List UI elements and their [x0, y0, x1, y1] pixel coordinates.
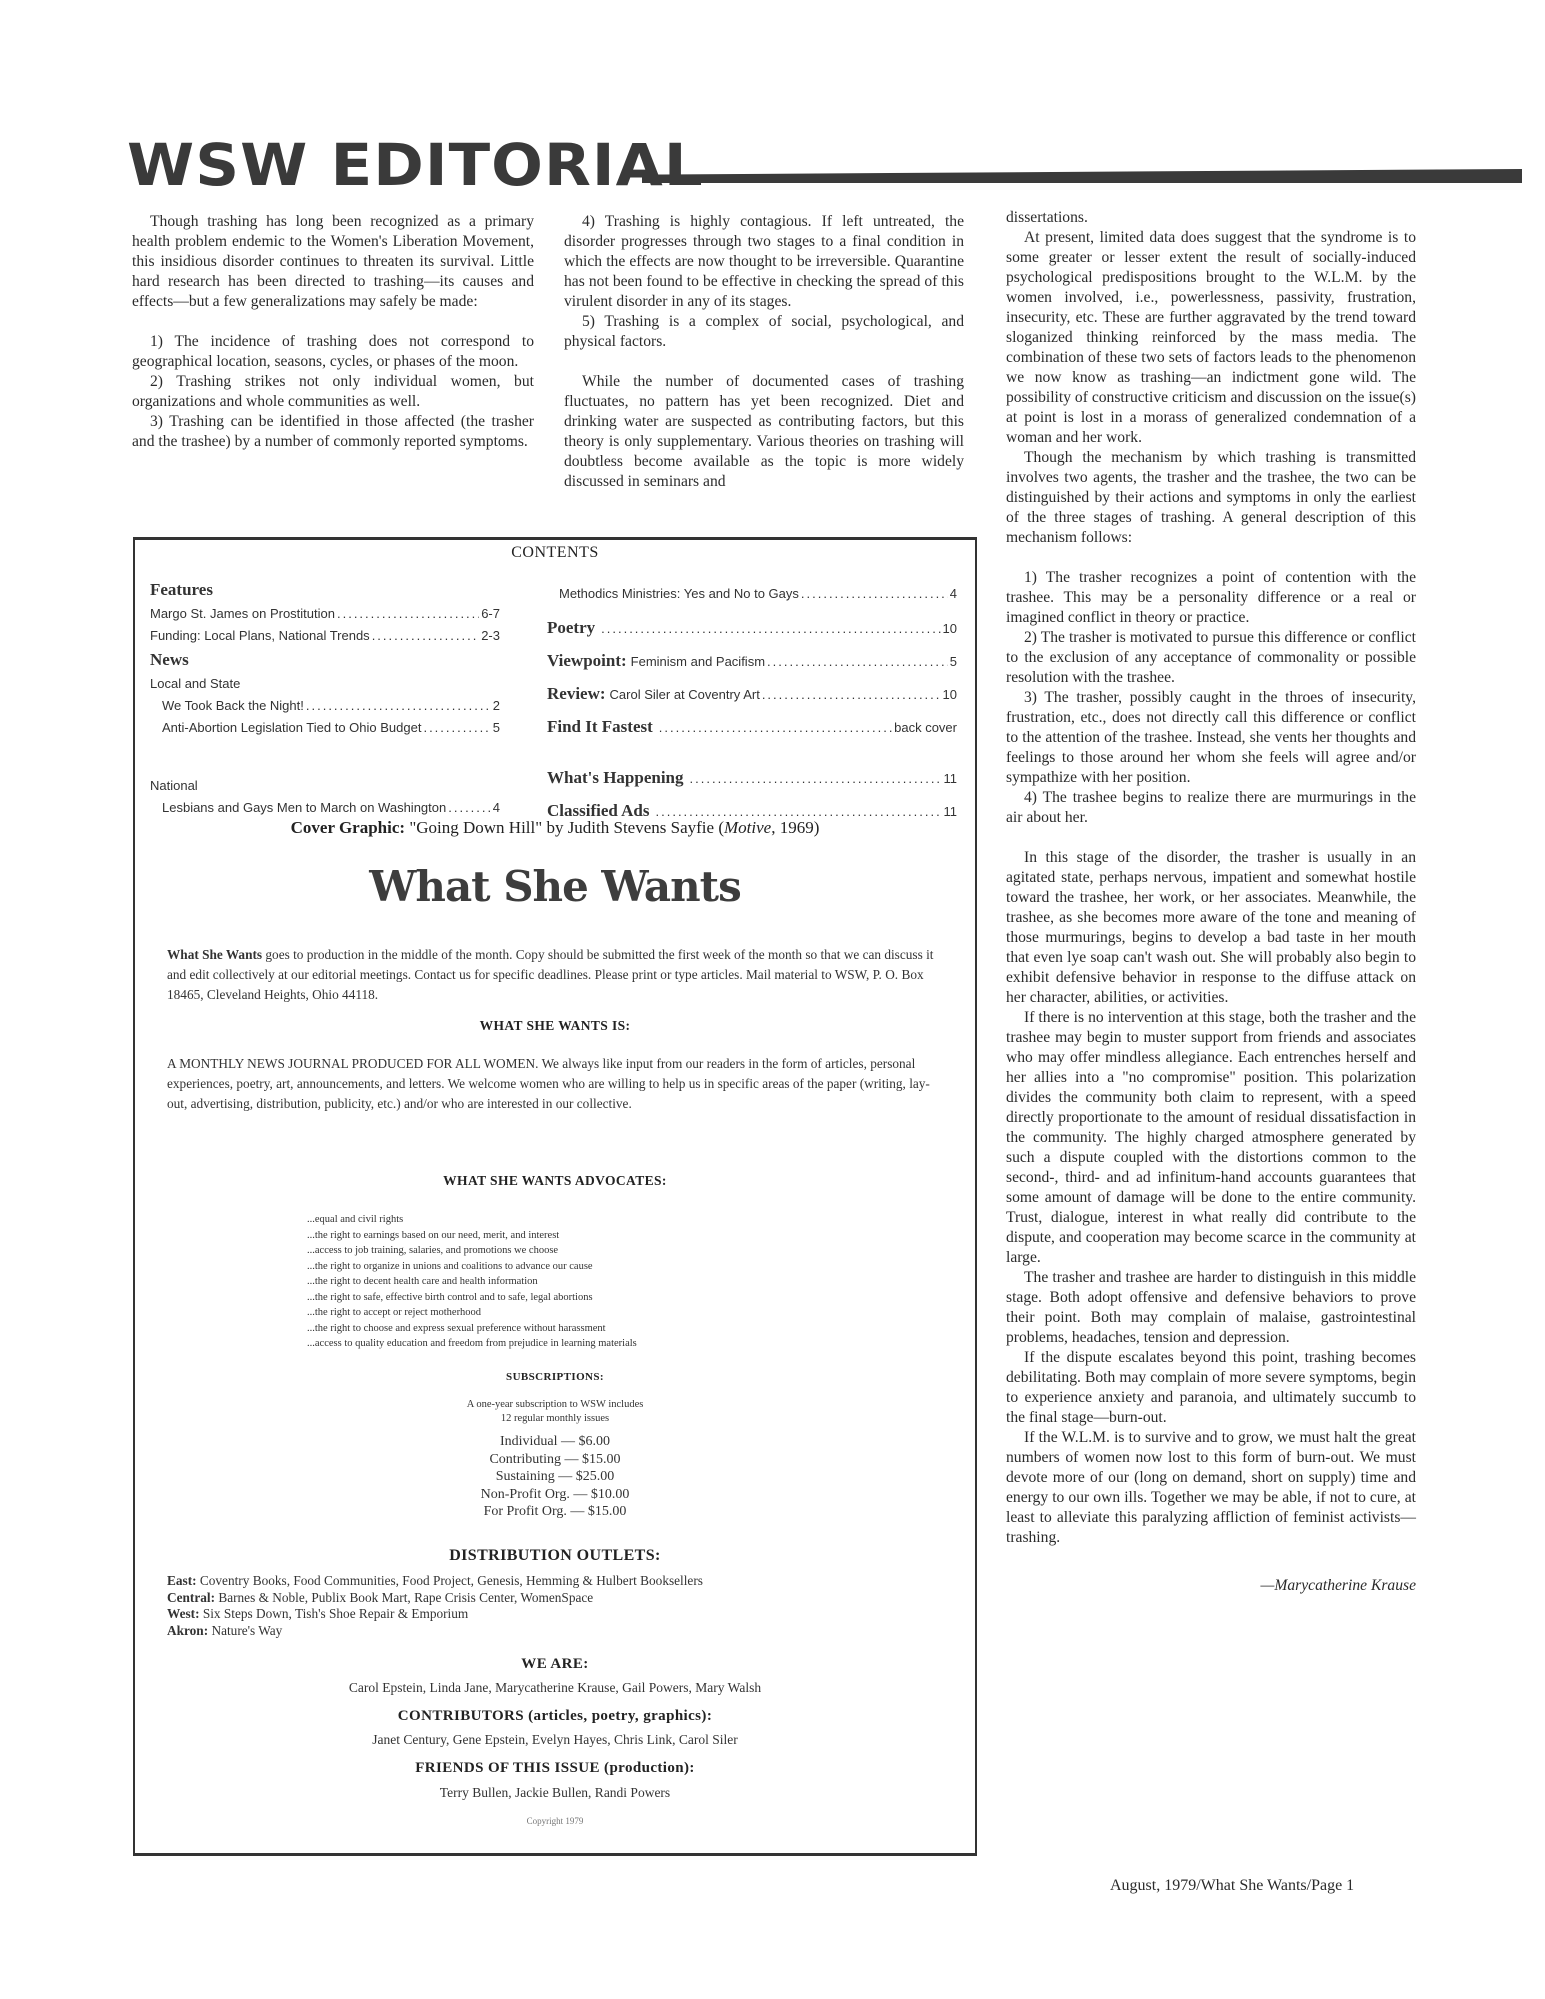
toc-left-column: Features Margo St. James on Prostitution…: [150, 577, 500, 819]
editorial-paragraph: 1) The incidence of trashing does not co…: [132, 332, 534, 372]
toc-entry-find-it-fastest[interactable]: Find It Fastestback cover: [547, 716, 957, 739]
advocates-item: ...access to job training, salaries, and…: [307, 1243, 637, 1259]
what-she-wants-is-heading: WHAT SHE WANTS IS:: [135, 1018, 975, 1034]
editorial-paragraph: 5) Trashing is a complex of social, psyc…: [564, 312, 964, 352]
advocates-list: ...equal and civil rights ...the right t…: [307, 1212, 637, 1352]
toc-entry[interactable]: Anti-Abortion Legislation Tied to Ohio B…: [150, 717, 500, 739]
advocates-heading: WHAT SHE WANTS ADVOCATES:: [135, 1173, 975, 1189]
toc-section-news: News: [150, 647, 500, 673]
editorial-paragraph: dissertations.: [1006, 208, 1416, 228]
rate-item: Individual — $6.00: [135, 1433, 975, 1451]
author-signature: —Marycatherine Krause: [1006, 1576, 1416, 1596]
toc-entry[interactable]: Funding: Local Plans, National Trends2-3: [150, 625, 500, 647]
toc-right-column: Methodics Ministries: Yes and No to Gays…: [547, 577, 957, 823]
advocates-item: ...the right to organize in unions and c…: [307, 1259, 637, 1275]
contents-box: CONTENTS Features Margo St. James on Pro…: [133, 537, 977, 1856]
editorial-paragraph: 2) The trasher is motivated to pursue th…: [1006, 628, 1416, 688]
masthead-title: WSW EDITORIAL: [127, 130, 704, 200]
subscription-rates: Individual — $6.00 Contributing — $15.00…: [135, 1433, 975, 1521]
editorial-paragraph: Though the mechanism by which trashing i…: [1006, 448, 1416, 548]
advocates-item: ...access to quality education and freed…: [307, 1336, 637, 1352]
advocates-item: ...the right to choose and express sexua…: [307, 1321, 637, 1337]
subscriptions-heading: SUBSCRIPTIONS:: [135, 1371, 975, 1383]
toc-entry[interactable]: Margo St. James on Prostitution6-7: [150, 603, 500, 625]
editorial-paragraph: 4) Trashing is highly contagious. If lef…: [564, 212, 964, 312]
contributors-names: Janet Century, Gene Epstein, Evelyn Haye…: [135, 1732, 975, 1748]
editorial-column-3: dissertations. At present, limited data …: [1006, 208, 1416, 1596]
editorial-paragraph: While the number of documented cases of …: [564, 372, 964, 492]
toc-entry[interactable]: Lesbians and Gays Men to March on Washin…: [150, 797, 500, 819]
publication-title: What She Wants: [135, 862, 975, 911]
we-are-names: Carol Epstein, Linda Jane, Marycatherine…: [135, 1680, 975, 1696]
distribution-row: Central: Barnes & Noble, Publix Book Mar…: [167, 1590, 703, 1607]
editorial-column-1: Though trashing has long been recognized…: [132, 212, 534, 452]
friends-heading: FRIENDS OF THIS ISSUE (production):: [135, 1760, 975, 1777]
editorial-paragraph: Though trashing has long been recognized…: [132, 212, 534, 312]
editorial-paragraph: 2) Trashing strikes not only individual …: [132, 372, 534, 412]
editorial-paragraph: If there is no intervention at this stag…: [1006, 1008, 1416, 1268]
rate-item: Non-Profit Org. — $10.00: [135, 1486, 975, 1504]
submission-info: What She Wants goes to production in the…: [167, 945, 947, 1005]
editorial-paragraph: At present, limited data does suggest th…: [1006, 228, 1416, 448]
masthead: WSW EDITORIAL: [127, 130, 1417, 200]
we-are-heading: WE ARE:: [135, 1656, 975, 1673]
toc-entry[interactable]: Methodics Ministries: Yes and No to Gays…: [547, 583, 957, 605]
rate-item: Contributing — $15.00: [135, 1451, 975, 1469]
editorial-paragraph: If the W.L.M. is to survive and to grow,…: [1006, 1428, 1416, 1548]
editorial-paragraph: If the dispute escalates beyond this poi…: [1006, 1348, 1416, 1428]
toc-entry-review[interactable]: Review:Carol Siler at Coventry Art10: [547, 683, 957, 706]
distribution-row: West: Six Steps Down, Tish's Shoe Repair…: [167, 1606, 703, 1623]
editorial-column-2: 4) Trashing is highly contagious. If lef…: [564, 212, 964, 492]
toc-entry[interactable]: We Took Back the Night!2: [150, 695, 500, 717]
cover-graphic-credit: Cover Graphic: "Going Down Hill" by Judi…: [135, 818, 975, 838]
advocates-item: ...the right to earnings based on our ne…: [307, 1228, 637, 1244]
advocates-item: ...the right to decent health care and h…: [307, 1274, 637, 1290]
masthead-rule: [642, 169, 1522, 183]
distribution-row: Akron: Nature's Way: [167, 1623, 703, 1640]
toc-entry-poetry[interactable]: Poetry10: [547, 617, 957, 640]
contents-heading: CONTENTS: [135, 544, 975, 562]
rate-item: Sustaining — $25.00: [135, 1468, 975, 1486]
toc-subsection-local: Local and State: [150, 673, 500, 695]
distribution-row: East: Coventry Books, Food Communities, …: [167, 1573, 703, 1590]
advocates-item: ...the right to safe, effective birth co…: [307, 1290, 637, 1306]
distribution-heading: DISTRIBUTION OUTLETS:: [135, 1547, 975, 1565]
copyright-notice: Copyright 1979: [135, 1816, 975, 1826]
subscription-description: A one-year subscription to WSW includes …: [135, 1398, 975, 1426]
page-footer: August, 1979/What She Wants/Page 1: [1110, 1877, 1354, 1895]
friends-names: Terry Bullen, Jackie Bullen, Randi Power…: [135, 1785, 975, 1801]
editorial-paragraph: The trasher and trashee are harder to di…: [1006, 1268, 1416, 1348]
what-she-wants-is-text: A MONTHLY NEWS JOURNAL PRODUCED FOR ALL …: [167, 1054, 947, 1114]
editorial-paragraph: 4) The trashee begins to realize there a…: [1006, 788, 1416, 828]
editorial-paragraph: 3) The trasher, possibly caught in the t…: [1006, 688, 1416, 788]
toc-entry-whats-happening[interactable]: What's Happening11: [547, 767, 957, 790]
distribution-list: East: Coventry Books, Food Communities, …: [167, 1573, 703, 1639]
advocates-item: ...the right to accept or reject motherh…: [307, 1305, 637, 1321]
rate-item: For Profit Org. — $15.00: [135, 1503, 975, 1521]
editorial-paragraph: 1) The trasher recognizes a point of con…: [1006, 568, 1416, 628]
toc-section-features: Features: [150, 577, 500, 603]
toc-entry-viewpoint[interactable]: Viewpoint:Feminism and Pacifism5: [547, 650, 957, 673]
contributors-heading: CONTRIBUTORS (articles, poetry, graphics…: [135, 1708, 975, 1725]
editorial-paragraph: In this stage of the disorder, the trash…: [1006, 848, 1416, 1008]
toc-subsection-national: National: [150, 775, 500, 797]
advocates-item: ...equal and civil rights: [307, 1212, 637, 1228]
editorial-paragraph: 3) Trashing can be identified in those a…: [132, 412, 534, 452]
